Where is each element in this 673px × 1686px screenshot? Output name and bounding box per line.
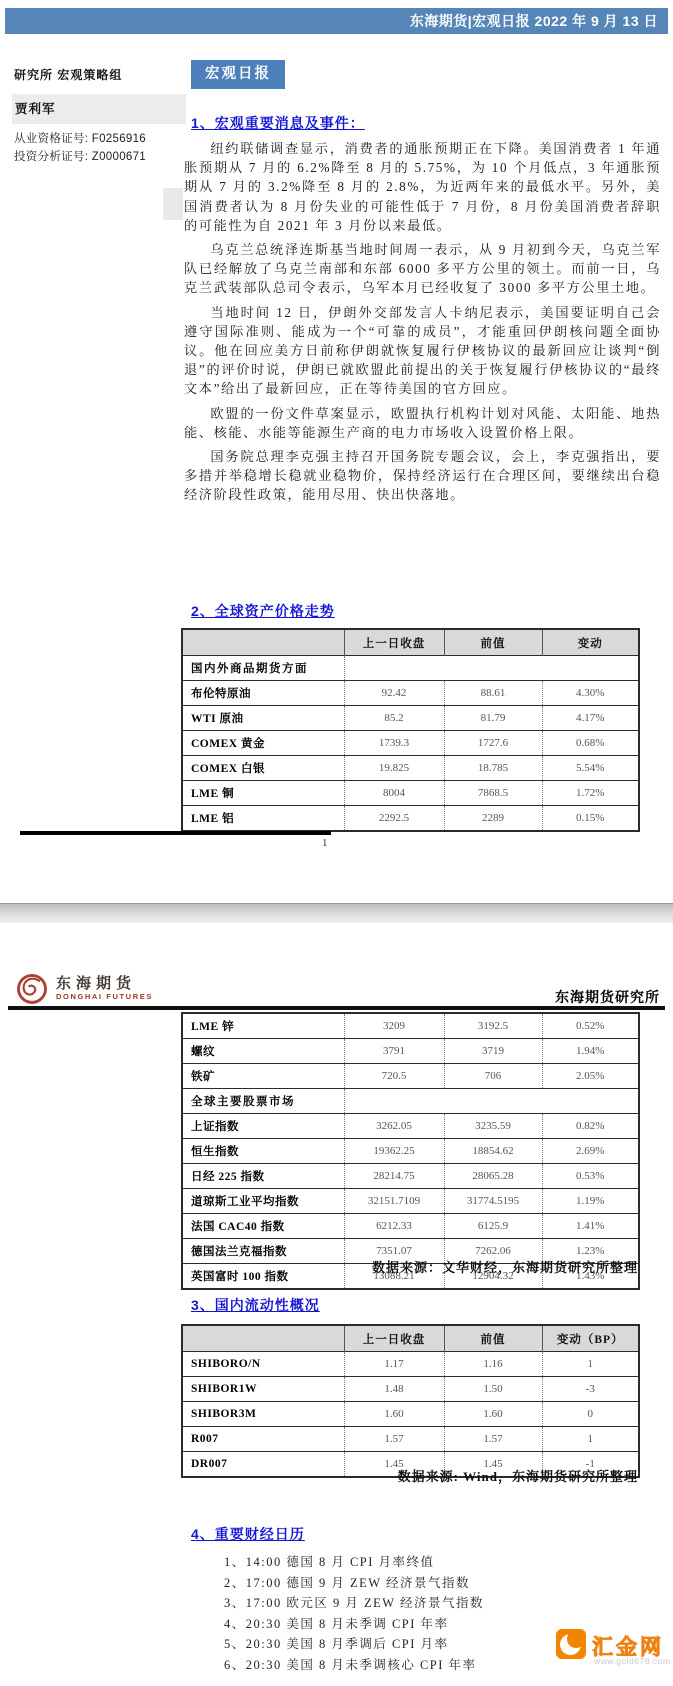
header-blank-cell: [182, 1325, 344, 1352]
paragraph-state-council: 国务院总理李克强主持召开国务院专题会议，会上，李克强指出，要多措并举稳增长稳就业…: [184, 447, 661, 505]
row-previous-value: 3192.5: [444, 1013, 542, 1039]
paragraph-iran: 当地时间 12 日，伊朗外交部发言人卡纳尼表示，美国要证明自己会遵守国际准则、能…: [184, 303, 661, 399]
domestic-liquidity-table: 上一日收盘 前值 变动（BP） SHIBORO/N 1.17 1.16 1 SH…: [181, 1324, 640, 1478]
row-change: 0.15%: [542, 806, 639, 832]
table-row: 上证指数 3262.05 3235.59 0.82%: [182, 1114, 639, 1139]
data-source-wenhua: 数据来源：文华财经，东海期货研究所整理: [372, 1257, 638, 1276]
header-blank-cell: [182, 629, 344, 656]
table-row: COMEX 黄金 1739.3 1727.6 0.68%: [182, 731, 639, 756]
global-asset-price-table-page2: LME 锌 3209 3192.5 0.52% 螺纹 3791 3719 1.9…: [181, 1012, 640, 1290]
row-last-close: 2292.5: [344, 806, 444, 832]
row-label: 布伦特原油: [182, 681, 344, 706]
logo-english-name: DONGHAI FUTURES: [56, 992, 153, 1001]
sidebar-decoration-block: [163, 188, 183, 220]
row-change: 2.05%: [542, 1064, 639, 1089]
row-previous-value: 706: [444, 1064, 542, 1089]
row-previous-value: 1.50: [444, 1377, 542, 1402]
row-last-close: 1.48: [344, 1377, 444, 1402]
row-previous-value: 7868.5: [444, 781, 542, 806]
row-label: COMEX 黄金: [182, 731, 344, 756]
row-label: 日经 225 指数: [182, 1164, 344, 1189]
row-change: 0: [542, 1402, 639, 1427]
row-last-close: 3262.05: [344, 1114, 444, 1139]
report-title-bar: 东海期货|宏观日报 2022 年 9 月 13 日: [5, 8, 668, 34]
row-previous-value: 18854.62: [444, 1139, 542, 1164]
data-source-wind: 数据来源: Wind，东海期货研究所整理: [398, 1466, 638, 1485]
row-change: 4.17%: [542, 706, 639, 731]
group-label: 国内外商品期货方面: [182, 656, 344, 681]
row-change: 1: [542, 1352, 639, 1377]
calendar-item: 5、20:30 美国 8 月季调后 CPI 月率: [224, 1634, 484, 1655]
group-empty-cell: [344, 656, 639, 681]
header-previous: 前值: [444, 629, 542, 656]
row-label: R007: [182, 1427, 344, 1452]
table-group-row: 全球主要股票市场: [182, 1089, 639, 1114]
table-row: LME 锌 3209 3192.5 0.52%: [182, 1013, 639, 1039]
row-change: 0.68%: [542, 731, 639, 756]
row-previous-value: 6125.9: [444, 1214, 542, 1239]
logo-chinese-name: 东海期货: [56, 975, 153, 992]
paragraph-ny-fed: 纽约联储调查显示，消费者的通胀预期正在下降。美国消费者 1 年通胀预期从 7 月…: [184, 139, 661, 235]
row-change: 1: [542, 1427, 639, 1452]
table-row: SHIBOR3M 1.60 1.60 0: [182, 1402, 639, 1427]
row-label: LME 铝: [182, 806, 344, 832]
row-last-close: 1.17: [344, 1352, 444, 1377]
practice-cert-number: 从业资格证号: F0256916: [14, 130, 146, 146]
page1-footer-rule: [20, 831, 331, 835]
analyst-name-box: 贾利军: [12, 94, 186, 124]
row-last-close: 19362.25: [344, 1139, 444, 1164]
row-change: -3: [542, 1377, 639, 1402]
analysis-cert-number: 投资分析证号: Z0000671: [14, 148, 146, 164]
header-last-close: 上一日收盘: [344, 1325, 444, 1352]
row-previous-value: 1.57: [444, 1427, 542, 1452]
table-row: LME 铝 2292.5 2289 0.15%: [182, 806, 639, 832]
table-row: 铁矿 720.5 706 2.05%: [182, 1064, 639, 1089]
row-change: 0.52%: [542, 1013, 639, 1039]
group-empty-cell: [344, 1089, 639, 1114]
row-previous-value: 1727.6: [444, 731, 542, 756]
table-group-row: 国内外商品期货方面: [182, 656, 639, 681]
row-previous-value: 1.16: [444, 1352, 542, 1377]
row-previous-value: 1.60: [444, 1402, 542, 1427]
page2-header-rule: [8, 1006, 665, 1010]
analyst-name: 贾利军: [12, 94, 186, 124]
section-2-title[interactable]: 2、全球资产价格走势: [191, 601, 335, 621]
row-last-close: 3209: [344, 1013, 444, 1039]
table-row: LME 铜 8004 7868.5 1.72%: [182, 781, 639, 806]
row-label: SHIBOR1W: [182, 1377, 344, 1402]
row-last-close: 1.60: [344, 1402, 444, 1427]
report-document: 东海期货|宏观日报 2022 年 9 月 13 日 研究所 宏观策略组 贾利军 …: [0, 0, 673, 1686]
table-row: SHIBOR1W 1.48 1.50 -3: [182, 1377, 639, 1402]
row-last-close: 1739.3: [344, 731, 444, 756]
table-row: R007 1.57 1.57 1: [182, 1427, 639, 1452]
table-row: 道琼斯工业平均指数 32151.7109 31774.5195 1.19%: [182, 1189, 639, 1214]
row-last-close: 8004: [344, 781, 444, 806]
row-change: 4.30%: [542, 681, 639, 706]
row-label: 恒生指数: [182, 1139, 344, 1164]
table-row: 日经 225 指数 28214.75 28065.28 0.53%: [182, 1164, 639, 1189]
row-last-close: 3791: [344, 1039, 444, 1064]
table-row: 螺纹 3791 3719 1.94%: [182, 1039, 639, 1064]
row-last-close: 19.825: [344, 756, 444, 781]
row-change: 0.82%: [542, 1114, 639, 1139]
table-row: 法国 CAC40 指数 6212.33 6125.9 1.41%: [182, 1214, 639, 1239]
row-change: 1.72%: [542, 781, 639, 806]
sidebar-research-group: 研究所 宏观策略组: [14, 66, 122, 83]
institute-name: 东海期货研究所: [555, 987, 660, 1007]
row-previous-value: 2289: [444, 806, 542, 832]
row-last-close: 85.2: [344, 706, 444, 731]
page-separator: [0, 903, 673, 923]
report-type-badge: 宏观日报: [191, 60, 285, 89]
row-label: LME 铜: [182, 781, 344, 806]
row-previous-value: 88.61: [444, 681, 542, 706]
section-4-title[interactable]: 4、重要财经日历: [191, 1524, 305, 1544]
calendar-item: 4、20:30 美国 8 月未季调 CPI 年率: [224, 1614, 484, 1635]
logo-text: 东海期货 DONGHAI FUTURES: [56, 975, 153, 1001]
row-label: SHIBORO/N: [182, 1352, 344, 1377]
row-label: 道琼斯工业平均指数: [182, 1189, 344, 1214]
row-label: LME 锌: [182, 1013, 344, 1039]
global-asset-price-table-page1: 上一日收盘 前值 变动 国内外商品期货方面 布伦特原油 92.42 88.61 …: [181, 628, 640, 832]
calendar-item: 2、17:00 德国 9 月 ZEW 经济景气指数: [224, 1573, 484, 1594]
table-row: 布伦特原油 92.42 88.61 4.30%: [182, 681, 639, 706]
section-3-title[interactable]: 3、国内流动性概况: [191, 1295, 320, 1315]
table-header-row: 上一日收盘 前值 变动: [182, 629, 639, 656]
row-label: 英国富时 100 指数: [182, 1264, 344, 1290]
row-label: 上证指数: [182, 1114, 344, 1139]
row-previous-value: 3235.59: [444, 1114, 542, 1139]
paragraph-ukraine: 乌克兰总统泽连斯基当地时间周一表示，从 9 月初到今天，乌克兰军队已经解放了乌克…: [184, 240, 661, 298]
row-last-close: 32151.7109: [344, 1189, 444, 1214]
row-change: 5.54%: [542, 756, 639, 781]
table-row: COMEX 白银 19.825 18.785 5.54%: [182, 756, 639, 781]
calendar-item: 3、17:00 欧元区 9 月 ZEW 经济景气指数: [224, 1593, 484, 1614]
table-row: SHIBORO/N 1.17 1.16 1: [182, 1352, 639, 1377]
economic-calendar-list: 1、14:00 德国 8 月 CPI 月率终值 2、17:00 德国 9 月 Z…: [224, 1552, 484, 1675]
row-label: 铁矿: [182, 1064, 344, 1089]
row-change: 2.69%: [542, 1139, 639, 1164]
row-label: 法国 CAC40 指数: [182, 1214, 344, 1239]
group-label: 全球主要股票市场: [182, 1089, 344, 1114]
row-change: 1.19%: [542, 1189, 639, 1214]
paragraph-eu-energy: 欧盟的一份文件草案显示，欧盟执行机构计划对风能、太阳能、地热能、核能、水能等能源…: [184, 404, 661, 442]
table-header-row: 上一日收盘 前值 变动（BP）: [182, 1325, 639, 1352]
table-row: WTI 原油 85.2 81.79 4.17%: [182, 706, 639, 731]
row-last-close: 1.57: [344, 1427, 444, 1452]
logo-dragon-emblem-icon: [14, 970, 50, 1006]
row-change: 1.41%: [542, 1214, 639, 1239]
row-label: 德国法兰克福指数: [182, 1239, 344, 1264]
row-label: SHIBOR3M: [182, 1402, 344, 1427]
row-last-close: 28214.75: [344, 1164, 444, 1189]
huijin-watermark-url: www.gold678.com: [594, 1656, 670, 1666]
row-label: DR007: [182, 1452, 344, 1478]
calendar-item: 6、20:30 美国 8 月未季调核心 CPI 年率: [224, 1655, 484, 1676]
row-previous-value: 28065.28: [444, 1164, 542, 1189]
donghai-futures-logo: 东海期货 DONGHAI FUTURES: [14, 970, 153, 1006]
calendar-item: 1、14:00 德国 8 月 CPI 月率终值: [224, 1552, 484, 1573]
row-previous-value: 18.785: [444, 756, 542, 781]
table-row: 恒生指数 19362.25 18854.62 2.69%: [182, 1139, 639, 1164]
header-previous: 前值: [444, 1325, 542, 1352]
row-last-close: 92.42: [344, 681, 444, 706]
row-previous-value: 81.79: [444, 706, 542, 731]
header-last-close: 上一日收盘: [344, 629, 444, 656]
row-last-close: 720.5: [344, 1064, 444, 1089]
row-previous-value: 31774.5195: [444, 1189, 542, 1214]
row-label: 螺纹: [182, 1039, 344, 1064]
row-change: 1.94%: [542, 1039, 639, 1064]
huijin-crescent-icon: [556, 1629, 586, 1659]
header-change-bp: 变动（BP）: [542, 1325, 639, 1352]
row-previous-value: 3719: [444, 1039, 542, 1064]
page-number: 1: [322, 837, 328, 849]
section-1-title[interactable]: 1、宏观重要消息及事件：: [191, 113, 365, 133]
row-last-close: 6212.33: [344, 1214, 444, 1239]
news-paragraphs: 纽约联储调查显示，消费者的通胀预期正在下降。美国消费者 1 年通胀预期从 7 月…: [184, 139, 661, 510]
row-label: COMEX 白银: [182, 756, 344, 781]
row-change: 0.53%: [542, 1164, 639, 1189]
header-change: 变动: [542, 629, 639, 656]
row-label: WTI 原油: [182, 706, 344, 731]
